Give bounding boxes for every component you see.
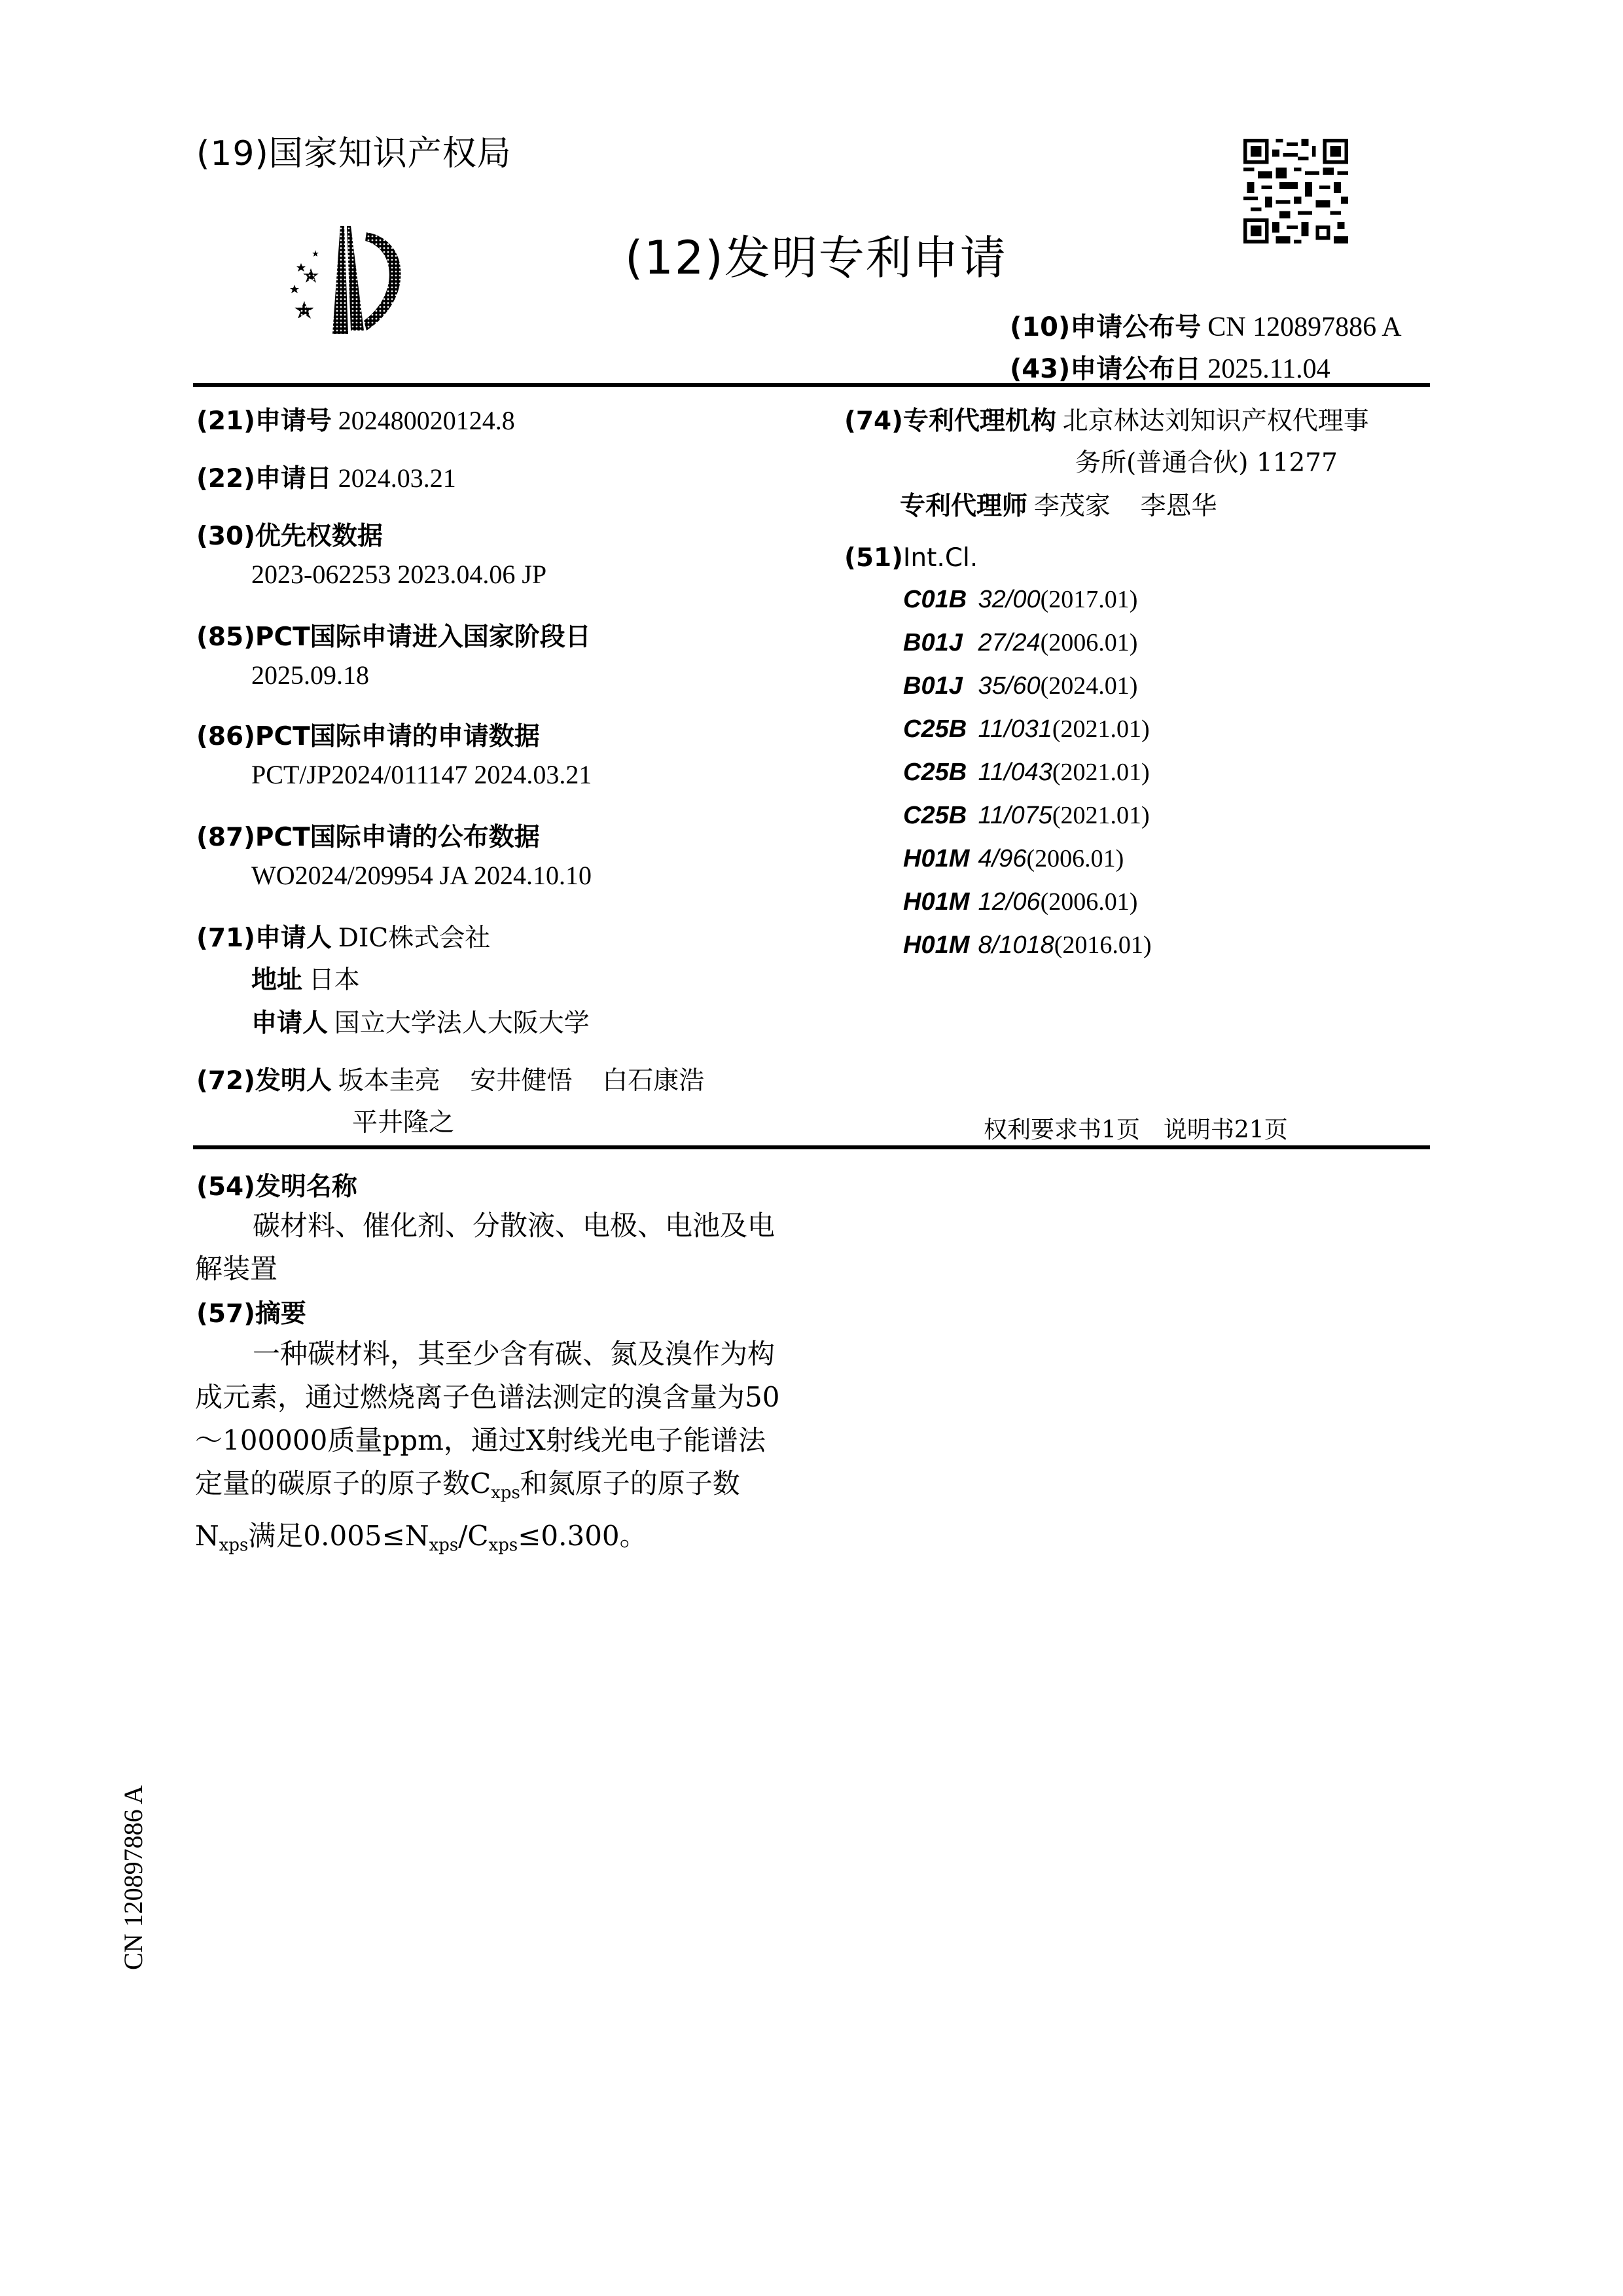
publication-date-value: 2025.11.04 [1207, 354, 1330, 384]
agent-name: 李茂家 [1034, 492, 1111, 521]
field-agency: (74)专利代理机构 北京林达刘知识产权代理事 [844, 401, 1369, 437]
field-pct-publication-value: WO2024/209954 JA 2024.10.10 [251, 860, 592, 891]
ipc-entry: C25B 11/031(2021.01) [903, 715, 1150, 744]
doc-type-code: (12) [625, 231, 724, 285]
agent-name: 李恩华 [1141, 492, 1217, 521]
inventor-name: 安井健悟 [470, 1066, 572, 1096]
publication-date: (43)申请公布日 2025.11.04 [1010, 348, 1330, 386]
agency-name-line1: 北京林达刘知识产权代理事 [1063, 406, 1369, 436]
title-heading: (54)发明名称 [196, 1166, 357, 1203]
ipc-entry: C01B 32/00(2017.01) [903, 585, 1137, 614]
abstract-heading: (57)摘要 [196, 1293, 306, 1330]
publication-number: (10)申请公布号 CN 120897886 A [1010, 306, 1402, 344]
ipc-entry: H01M 12/06(2006.01) [903, 888, 1137, 916]
field-pct-entry: (85)PCT国际申请进入国家阶段日 [196, 617, 591, 653]
ipc-entry: H01M 4/96(2006.01) [903, 844, 1124, 873]
office-header: (19)国家知识产权局 [196, 126, 512, 175]
abstract-body: 一种碳材料，其至少含有碳、氮及溴作为构成元素，通过燃烧离子色谱法测定的溴含量为5… [195, 1333, 791, 1567]
invention-title: 碳材料、催化剂、分散液、电极、电池及电解装置 [195, 1204, 791, 1291]
field-inventors-line2: 平井隆之 [352, 1102, 454, 1139]
field-pct-publication: (87)PCT国际申请的公布数据 [196, 817, 540, 853]
ipc-entry: H01M 8/1018(2016.01) [903, 931, 1152, 960]
ipc-entry: C25B 11/043(2021.01) [903, 758, 1150, 787]
side-publication-number: CN 120897886 A [118, 1785, 149, 1970]
ipc-entry: C25B 11/075(2021.01) [903, 801, 1150, 830]
field-filing-date: (22)申请日 2024.03.21 [196, 458, 456, 495]
office-name: 国家知识产权局 [269, 134, 512, 173]
applicant-name: DIC株式会社 [338, 924, 491, 953]
office-code: (19) [196, 134, 269, 173]
field-address: 地址 日本 [251, 960, 360, 996]
field-ipc: (51)Int.Cl. [844, 543, 978, 573]
document-type: (12)发明专利申请 [625, 221, 1007, 287]
field-agents: 专利代理师 李茂家 李恩华 [900, 486, 1217, 522]
doc-type-label: 发明专利申请 [724, 231, 1007, 285]
inventor-name: 白石康浩 [602, 1066, 704, 1096]
inventor-name: 平井隆之 [352, 1108, 454, 1138]
field-applicant-2: 申请人 国立大学法人大阪大学 [251, 1003, 590, 1039]
field-inventors: (72)发明人 坂本圭亮 安井健悟 白石康浩 [196, 1060, 704, 1097]
field-priority: (30)优先权数据 [196, 516, 383, 552]
top-divider [193, 383, 1430, 387]
inventor-name: 坂本圭亮 [338, 1066, 440, 1096]
field-agency-line2: 务所(普通合伙) 11277 [1075, 442, 1338, 479]
field-applicant: (71)申请人 DIC株式会社 [196, 918, 490, 954]
patent-front-page: (19)国家知识产权局 (12)发明专利申请 [0, 0, 1623, 2296]
field-pct-application-value: PCT/JP2024/011147 2024.03.21 [251, 759, 592, 790]
qr-code-icon [1242, 139, 1349, 243]
field-application-number: (21)申请号 202480020124.8 [196, 401, 515, 437]
agency-name-line2: 务所(普通合伙) 11277 [1075, 448, 1338, 478]
field-pct-application: (86)PCT国际申请的申请数据 [196, 716, 540, 753]
page-counts: 权利要求书1页 说明书21页 [984, 1111, 1288, 1145]
publication-date-label: 申请公布日 [1070, 354, 1201, 384]
publication-number-label: 申请公布号 [1070, 312, 1201, 342]
section-divider [193, 1145, 1430, 1149]
field-pct-entry-value: 2025.09.18 [251, 660, 369, 691]
ipc-entry: B01J 35/60(2024.01) [903, 672, 1137, 700]
cnipa-logo-icon [268, 223, 419, 347]
abstract-text: 一种碳材料，其至少含有碳、氮及溴作为构成元素，通过燃烧离子色谱法测定的溴含量为5… [195, 1333, 791, 1567]
ipc-entry: B01J 27/24(2006.01) [903, 628, 1137, 657]
publication-number-value: CN 120897886 A [1207, 312, 1401, 342]
field-priority-value: 2023-062253 2023.04.06 JP [251, 559, 546, 590]
